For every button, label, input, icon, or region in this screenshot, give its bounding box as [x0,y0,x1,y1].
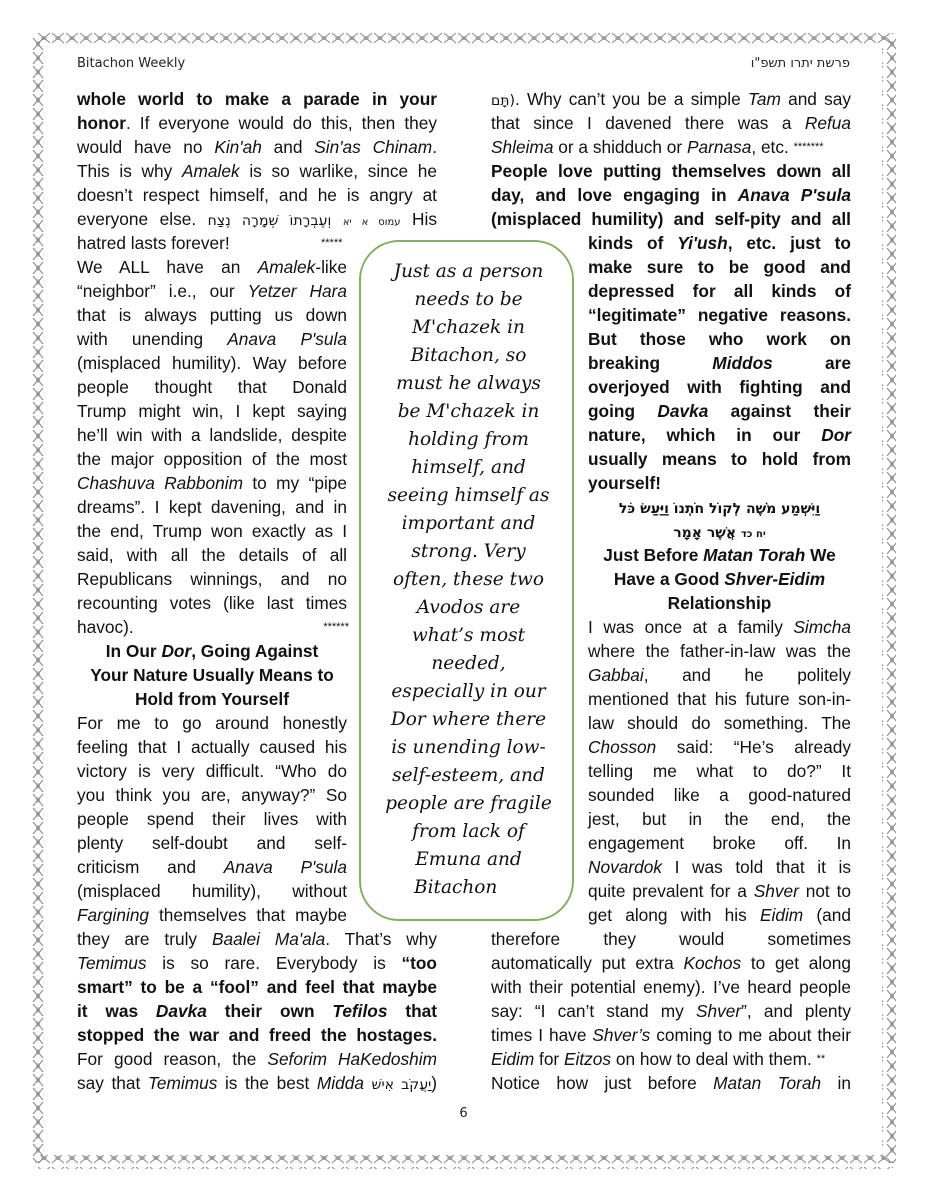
text-line: that is always putting us down [77,303,347,327]
text-line: telling me what to do?” It [588,759,851,783]
section-heading-line: Relationship [588,591,851,615]
text-line: nature, which in our Dor [588,423,851,447]
text-line: For good reason, the Seforim HaKedoshim [77,1047,437,1071]
hebrew-word: (תָּם [491,93,515,109]
text-line: But those who work on [588,327,851,351]
hebrew-source-ref: עמוס א יא [343,217,401,228]
text-line: havoc). [77,615,347,639]
section-heading-line: Just Before Matan Torah We [588,543,851,567]
hebrew-source-ref: יח כד [741,529,766,540]
section-heading-line: In Our Dor, Going Against [77,639,347,663]
section-separator-stars: ******* [794,141,824,153]
text-line: going Davka against their [588,399,851,423]
text-line: dreams”. I kept davening, and in [77,495,347,519]
text-line: sounded like a good-natured [588,783,851,807]
text-line: quite prevalent for a Shver not to [588,879,851,903]
hebrew-quote: וְעֶבְרָתוֹ שְׁמָרָה נֶצַח [208,213,332,229]
header-parsha-title: פרשת יתרו תשפ"ו [751,56,850,71]
text-line: with their potential enemy). I’ve heard … [491,975,851,999]
text-line: people thought that Donald [77,375,347,399]
section-separator-stars: ** [817,1053,826,1065]
text-line: Trump might win, I kept saying [77,399,347,423]
text-line: Shleima or a shidduch or Parnasa, etc. *… [491,135,851,159]
text-line: (misplaced humility), without [77,879,347,903]
text-line: would have no Kin'ah and Sin'as Chinam. [77,135,437,159]
text-line: Republicans winnings, and no [77,567,347,591]
text-line: it was Davka their own Tefilos that [77,999,437,1023]
text-line: I was once at a family Simcha [588,615,851,639]
text-line: he’ll win with a landslide, despite [77,423,347,447]
text-line: times I have Shver’s coming to me about … [491,1023,851,1047]
text-line: feeling that I actually caused his [77,735,347,759]
text-line: mentioned that his future son-in- [588,687,851,711]
text-line: said, with all the details of all [77,543,347,567]
text-line: Chosson said: “He’s already [588,735,851,759]
text-line: For me to go around honestly [77,711,347,735]
text-line: law should do something. The [588,711,851,735]
text-line: they are truly Baalei Ma'ala. That’s why [77,927,437,951]
text-line: stopped the war and freed the hostages. [77,1023,437,1047]
document-page: Bitachon Weekly פרשת יתרו תשפ"ו whole wo… [0,0,927,1200]
text-line: say that Temimus is the best Midda יַעֲק… [77,1071,437,1095]
text-line: “neighbor” i.e., our Yetzer Hara [77,279,347,303]
text-line: automatically put extra Kochos to get al… [491,951,851,975]
text-line: whole world to make a parade in your [77,87,437,111]
text-line: yourself! [588,471,851,495]
text-line: hatred lasts forever! [77,231,347,255]
text-line: say: “I can’t stand my Shver”, and plent… [491,999,851,1023]
text-line: that since I davened there was a Refua [491,111,851,135]
text-line: therefore they would sometimes [491,927,851,951]
text-line: criticism and Anava P'sula [77,855,347,879]
text-line: usually means to hold from [588,447,851,471]
text-line: get along with his Eidim (and [588,903,851,927]
text-line: People love putting themselves down all [491,159,851,183]
text-line: honor. If everyone would do this, then t… [77,111,437,135]
text-line: Temimus is so rare. Everybody is “too [77,951,437,975]
text-line: overjoyed with fighting and [588,375,851,399]
text-line: jest, but in the end, the [588,807,851,831]
text-line: make sure to be good and [588,255,851,279]
text-line: Fargining themselves that maybe [77,903,347,927]
text-line: doesn’t respect himself, and he is angry… [77,183,437,207]
text-line: people spend their lives with [77,807,347,831]
text-line: everyone else. וְעֶבְרָתוֹ שְׁמָרָה נֶצַ… [77,207,437,231]
section-separator-stars: ***** [321,231,351,255]
text-line: Notice how just before Matan Torah in [491,1071,851,1095]
text-line: breaking Middos are [588,351,851,375]
text-line: Gabbai, and he politely [588,663,851,687]
text-line: (misplaced humility). Way before [77,351,347,375]
text-line: the end, Trump won exactly as I [77,519,347,543]
text-line: kinds of Yi'ush, etc. just to [588,231,851,255]
text-line: “legitimate” negative reasons. [588,303,851,327]
text-line: engagement broke off. In [588,831,851,855]
text-line: Novardok I was told that it is [588,855,851,879]
text-line: Chashuva Rabbonim to my “pipe [77,471,347,495]
text-line: This is why Amalek is so warlike, since … [77,159,437,183]
text-line: We ALL have an Amalek-like [77,255,347,279]
hebrew-pasuk-line: וַיִּשְׁמַע מֹשֶׁה לְקוֹל חֹתְנוֹ וַיַּע… [588,495,851,519]
text-line: victory is very difficult. “Who do [77,759,347,783]
text-line: Eidim for Eitzos on how to deal with the… [491,1047,851,1071]
page-number: 6 [0,1106,927,1121]
hebrew-pasuk-line: אֲשֶׁר אָמָר יח כד [588,519,851,543]
text-line: (misplaced humility) and self-pity and a… [491,207,851,231]
header-publication-title: Bitachon Weekly [77,56,185,71]
right-column: (תָּם. Why can’t you be a simple Tam and… [491,87,851,1107]
text-line: depressed for all kinds of [588,279,851,303]
text-line: with unending Anava P'sula [77,327,347,351]
text-line: you think you are, anyway?” So [77,783,347,807]
section-heading-line: Have a Good Shver-Eidim [588,567,851,591]
text-line: plenty self-doubt and self- [77,831,347,855]
text-line: recounting votes (like last times [77,591,347,615]
hebrew-quote: יַעֲקֹב אִישׁ [372,1077,432,1093]
section-separator-stars: ****** [309,615,349,639]
text-line: smart” to be a “fool” and feel that mayb… [77,975,437,999]
text-line: (תָּם. Why can’t you be a simple Tam and… [491,87,851,111]
text-line: where the father-in-law was the [588,639,851,663]
text-line: the major opposition of the most [77,447,347,471]
section-heading-line: Hold from Yourself [77,687,347,711]
text-line: day, and love engaging in Anava P'sula [491,183,851,207]
section-heading-line: Your Nature Usually Means to [77,663,347,687]
